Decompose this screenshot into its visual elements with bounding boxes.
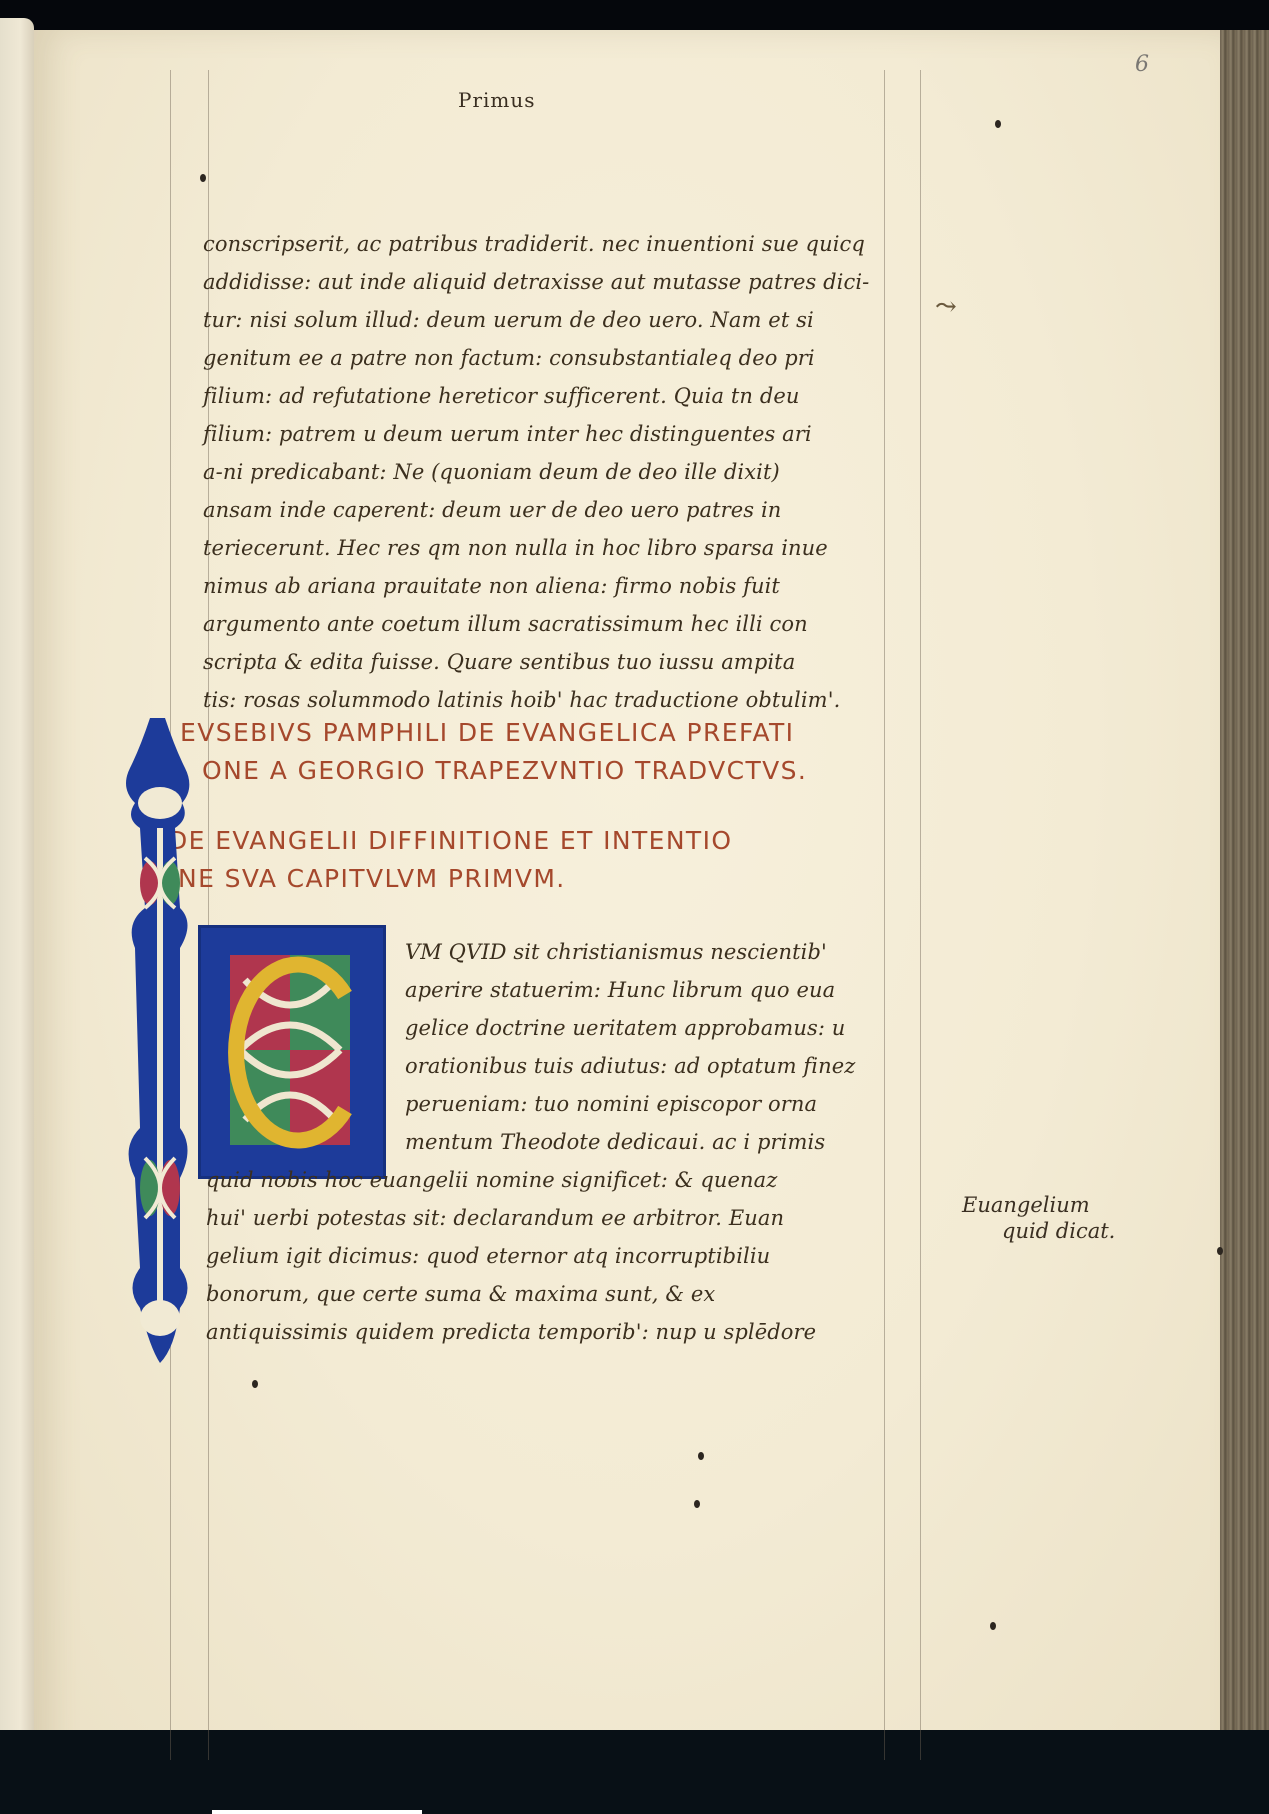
text-line: filium: ad refutatione hereticor suffice… bbox=[203, 384, 800, 408]
text-line: aperire statuerim: Hunc librum quo eua bbox=[405, 978, 835, 1002]
text-line: bonorum, que certe suma & maxima sunt, &… bbox=[206, 1282, 715, 1306]
margin-note-line: quid dicat. bbox=[962, 1218, 1115, 1244]
ruling-line bbox=[920, 70, 921, 1760]
rubric-chapter-line: NE SVA CAPITVLVM PRIMVM. bbox=[178, 864, 566, 893]
pricking-hole bbox=[698, 1452, 704, 1460]
illuminated-initial-c-icon bbox=[215, 940, 365, 1160]
pricking-hole bbox=[1217, 1247, 1223, 1255]
text-line: antiquissimis quidem predicta temporib':… bbox=[206, 1320, 816, 1344]
text-line: nimus ab ariana prauitate non aliena: fi… bbox=[203, 574, 780, 598]
pricking-hole bbox=[995, 120, 1001, 128]
pricking-hole bbox=[694, 1500, 700, 1508]
text-line: genitum ee a patre non factum: consubsta… bbox=[203, 346, 815, 370]
marginal-mark: ⤳ bbox=[935, 292, 957, 322]
text-line: gelium igit dicimus: quod eternor atq in… bbox=[206, 1244, 770, 1268]
scan-background-bottom bbox=[0, 1730, 1269, 1814]
text-line: filium: patrem u deum uerum inter hec di… bbox=[203, 422, 812, 446]
page-block-edge bbox=[1220, 30, 1269, 1770]
text-line: gelice doctrine ueritatem approbamus: u bbox=[405, 1016, 845, 1040]
facing-page-edge bbox=[0, 18, 34, 1763]
rubric-chapter-line: DE EVANGELII DIFFINITIONE ET INTENTIO bbox=[168, 826, 732, 855]
text-line: teriecerunt. Hec res qm non nulla in hoc… bbox=[203, 536, 828, 560]
scan-artifact bbox=[212, 1810, 422, 1814]
marginal-annotation: Euangelium quid dicat. bbox=[962, 1192, 1115, 1244]
running-head: Primus bbox=[458, 88, 536, 112]
decorative-border-stem-icon bbox=[120, 708, 200, 1368]
text-line: hui' uerbi potestas sit: declarandum ee … bbox=[206, 1206, 784, 1230]
text-line: conscripserit, ac patribus tradiderit. n… bbox=[203, 232, 865, 256]
text-line: VM QVID sit christianismus nescientib' bbox=[405, 940, 827, 964]
rubric-title-line: EVSEBIVS PAMPHILI DE EVANGELICA PREFATI bbox=[180, 718, 794, 747]
text-line: mentum Theodote dedicaui. ac i primis bbox=[405, 1130, 825, 1154]
ruling-line bbox=[884, 70, 885, 1760]
text-line: perueniam: tuo nomini episcopor orna bbox=[405, 1092, 817, 1116]
text-line: scripta & edita fuisse. Quare sentibus t… bbox=[203, 650, 795, 674]
pricking-hole bbox=[200, 174, 206, 182]
text-line: tis: rosas solummodo latinis hoib' hac t… bbox=[203, 688, 840, 712]
text-line: argumento ante coetum illum sacratissimu… bbox=[203, 612, 808, 636]
text-line: tur: nisi solum illud: deum uerum de deo… bbox=[203, 308, 814, 332]
scan-background-top bbox=[0, 0, 1269, 34]
text-line: orationibus tuis adiutus: ad optatum fin… bbox=[405, 1054, 855, 1078]
folio-number: 6 bbox=[1135, 52, 1149, 77]
text-line: a-ni predicabant: Ne (quoniam deum de de… bbox=[203, 460, 780, 484]
text-line: addidisse: aut inde aliquid detraxisse a… bbox=[203, 270, 869, 294]
pricking-hole bbox=[990, 1622, 996, 1630]
rubric-title-line: ONE A GEORGIO TRAPEZVNTIO TRADVCTVS. bbox=[202, 756, 807, 785]
text-line: ansam inde caperent: deum uer de deo uer… bbox=[203, 498, 781, 522]
margin-note-line: Euangelium bbox=[962, 1193, 1090, 1217]
pricking-hole bbox=[252, 1380, 258, 1388]
text-line: quid nobis hoc euangelii nomine signific… bbox=[206, 1168, 777, 1192]
